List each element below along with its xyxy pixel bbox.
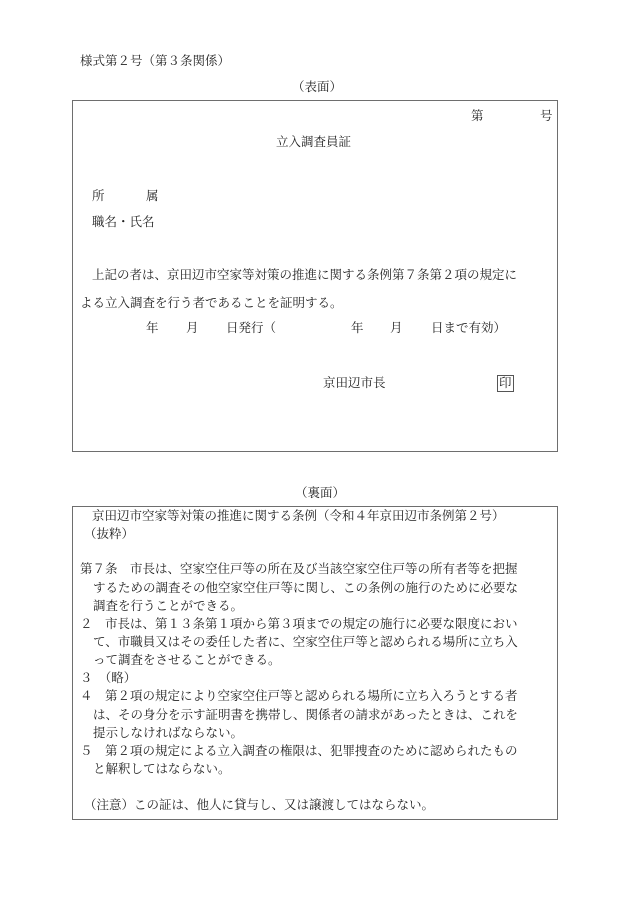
field-name-label: 職名・氏名 [92,216,155,229]
article-line: するための調査その他空家空住戸等に関し、この条例の施行のために必要な [93,582,518,595]
issuer-title: 京田辺市長 [323,377,386,390]
excerpt-label: （抜粋） [84,528,134,541]
article-line: と解釈してはならない。 [93,763,231,776]
back-caption: （裏面） [295,487,345,500]
article-line: ５ 第２項の規定による立入調査の権限は、犯罪捜査のために認められたもの [80,745,518,758]
certification-line-2: よる立入調査を行う者であることを証明する。 [80,297,343,310]
issue-day-label: 日発行（ [226,322,276,335]
valid-year-label: 年 [351,322,364,335]
issue-month-label: 月 [186,322,199,335]
article-line: ３ （略） [80,672,136,685]
field-affiliation-label-b: 属 [146,190,159,203]
front-caption: （表面） [292,81,342,94]
number-suffix: 号 [540,110,553,123]
card-title: 立入調査員証 [276,136,351,149]
notice-text: （注意）この証は、他人に貸与し、又は譲渡してはならない。 [84,799,434,812]
valid-month-label: 月 [390,322,403,335]
certification-line-1: 上記の者は、京田辺市空家等対策の推進に関する条例第７条第２項の規定に [92,269,517,282]
article-line: ４ 第２項の規定により空家空住戸等と認められる場所に立ち入ろうとする者 [80,690,518,703]
number-prefix: 第 [471,110,484,123]
field-affiliation-label-a: 所 [92,190,105,203]
article-line: ２ 市長は、第１３条第１項から第３項までの規定の施行に必要な限度におい [80,618,518,631]
article-line: 第７条 市長は、空家空住戸等の所在及び当該空家空住戸等の所有者等を把握 [80,563,518,576]
form-label: 様式第２号（第３条関係） [80,55,230,68]
article-line: 提示しなければならない。 [93,727,243,740]
article-line: って調査をさせることができる。 [93,654,281,667]
valid-until-label: 日まで有効） [431,322,506,335]
issue-year-label: 年 [146,322,159,335]
article-line: は、その身分を示す証明書を携帯し、関係者の請求があったときは、これを [93,709,518,722]
article-line: 調査を行うことができる。 [93,600,243,613]
seal-mark: 印 [497,375,514,392]
article-line: て、市職員又はその委任した者に、空家空住戸等と認められる場所に立ち入 [93,636,518,649]
ordinance-title: 京田辺市空家等対策の推進に関する条例（令和４年京田辺市条例第２号） [92,510,505,523]
